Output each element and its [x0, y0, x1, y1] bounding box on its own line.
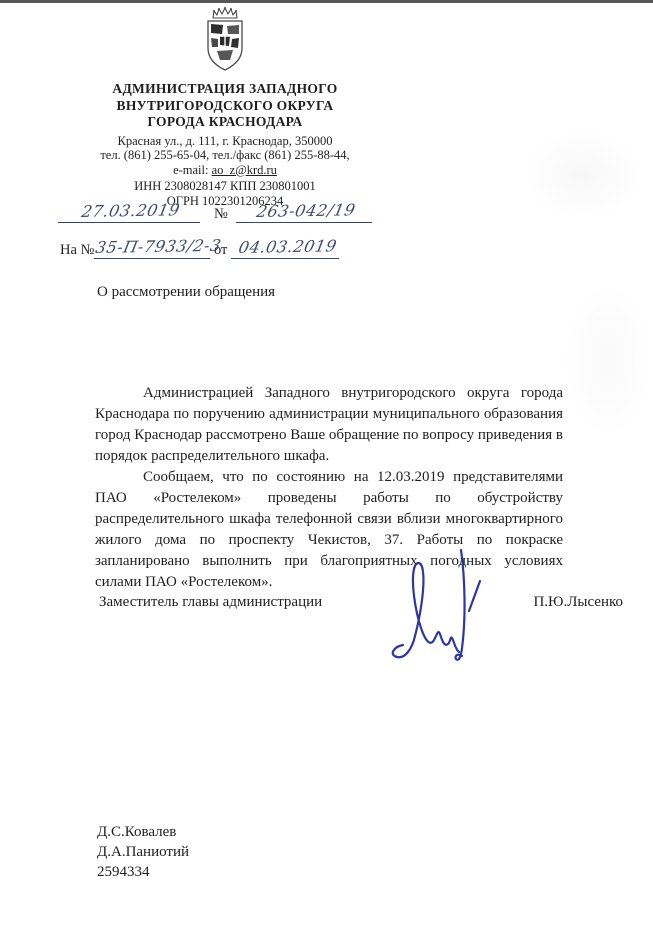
inn-kpp-line: ИНН 2308028147 КПП 230801001 — [25, 179, 425, 194]
krasnodar-coat-of-arms-icon — [196, 6, 254, 74]
body-paragraph: Сообщаем, что по состоянию на 12.03.2019… — [95, 467, 563, 593]
signature-row: Заместитель главы администрации П.Ю.Лысе… — [99, 594, 623, 611]
handwritten-signature — [388, 548, 488, 668]
incoming-number-field: 35-П-7933/2-3 — [94, 236, 210, 259]
letter-body: Администрацией Западного внутригородског… — [95, 383, 563, 593]
executor-name: Д.А.Паниотий — [97, 842, 189, 862]
scan-noise — [523, 130, 643, 220]
body-paragraph: Администрацией Западного внутригородског… — [95, 383, 563, 467]
org-name-line: ГОРОДА КРАСНОДАРА — [25, 114, 425, 131]
scan-edge-artifact — [0, 0, 653, 3]
number-sign: № — [214, 206, 228, 223]
signer-name: П.Ю.Лысенко — [533, 594, 623, 611]
scan-noise — [563, 280, 653, 440]
outgoing-reference-row: 27.03.2019№263-042/19 — [58, 200, 372, 223]
email-line: e-mail: ao_z@krd.ru — [25, 163, 425, 178]
executor-block: Д.С.Ковалев Д.А.Паниотий 2594334 — [97, 822, 189, 882]
reply-prefix-label: На № — [60, 242, 94, 259]
subject-line: О рассмотрении обращения — [97, 284, 275, 301]
address-line: Красная ул., д. 111, г. Краснодар, 35000… — [25, 134, 425, 149]
email-label: e-mail: — [173, 163, 212, 177]
org-name-line: ВНУТРИГОРОДСКОГО ОКРУГА — [25, 98, 425, 115]
outgoing-date-field: 27.03.2019 — [58, 200, 200, 223]
executor-phone: 2594334 — [97, 862, 189, 882]
scanned-letter-page: АДМИНИСТРАЦИЯ ЗАПАДНОГО ВНУТРИГОРОДСКОГО… — [0, 0, 653, 931]
email-address: ao_z@krd.ru — [212, 163, 277, 177]
incoming-number-handwritten: 35-П-7933/2-3 — [94, 236, 223, 257]
org-name-line: АДМИНИСТРАЦИЯ ЗАПАДНОГО — [25, 81, 425, 98]
outgoing-number-field: 263-042/19 — [236, 200, 372, 223]
letterhead: АДМИНИСТРАЦИЯ ЗАПАДНОГО ВНУТРИГОРОДСКОГО… — [25, 6, 425, 208]
signer-position: Заместитель главы администрации — [99, 594, 322, 611]
incoming-date-handwritten: 04.03.2019 — [237, 236, 339, 257]
org-name: АДМИНИСТРАЦИЯ ЗАПАДНОГО ВНУТРИГОРОДСКОГО… — [25, 81, 425, 131]
address-block: Красная ул., д. 111, г. Краснодар, 35000… — [25, 134, 425, 178]
outgoing-date-handwritten: 27.03.2019 — [80, 200, 182, 221]
incoming-reference-row: На №35-П-7933/2-3 от04.03.2019 — [60, 236, 339, 259]
executor-name: Д.С.Ковалев — [97, 822, 189, 842]
phone-line: тел. (861) 255-65-04, тел./факс (861) 25… — [25, 148, 425, 163]
outgoing-number-handwritten: 263-042/19 — [255, 200, 357, 221]
incoming-date-field: 04.03.2019 — [231, 236, 339, 259]
